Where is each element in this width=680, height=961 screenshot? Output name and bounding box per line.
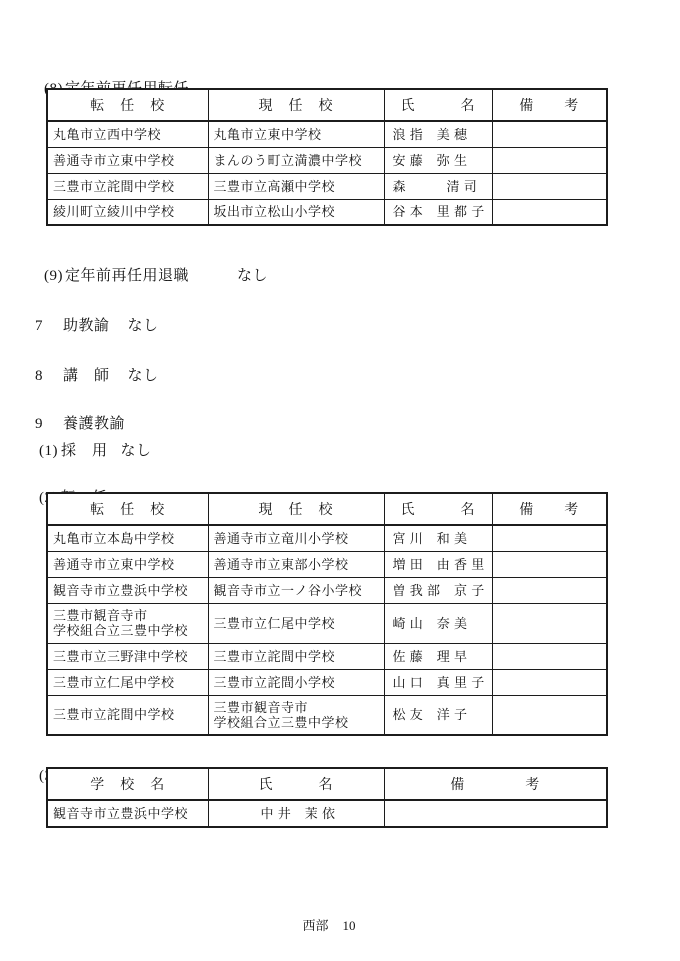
- cell-remarks: [492, 643, 607, 669]
- cell-name: 増 田 由 香 里: [384, 551, 492, 577]
- cell-transfer-school: 三豊市立三野津中学校: [47, 643, 208, 669]
- cell-name: 中 井 茉 依: [208, 800, 384, 827]
- cell-remarks: [384, 800, 607, 827]
- table-row: 丸亀市立西中学校 丸亀市立東中学校 浪 指 美 穂: [47, 121, 607, 147]
- cell-remarks: [492, 551, 607, 577]
- cell-current-school: 丸亀市立東中学校: [208, 121, 384, 147]
- cell-transfer-school: 三豊市立詫間中学校: [47, 695, 208, 735]
- column-header-name: 氏 名: [208, 768, 384, 800]
- column-header-name: 氏 名: [384, 89, 492, 121]
- cell-transfer-school: 綾川町立綾川中学校: [47, 199, 208, 225]
- cell-transfer-school: 観音寺市立豊浜中学校: [47, 577, 208, 603]
- nurse-transfer-table: 転 任 校 現 任 校 氏 名 備 考 丸亀市立本島中学校 善通寺市立竜川小学校…: [46, 492, 608, 736]
- cell-current-school: 三豊市観音寺市 学校組合立三豊中学校: [208, 695, 384, 735]
- table-row: 三豊市立三野津中学校 三豊市立詫間中学校 佐 藤 理 早: [47, 643, 607, 669]
- section-title: 定年前再任用退職: [65, 268, 189, 284]
- section-number: (1): [39, 443, 58, 459]
- table-row: 三豊市立仁尾中学校 三豊市立詫間小学校 山 口 真 里 子: [47, 669, 607, 695]
- document-page: (8)定年前再任用転任 転 任 校 現 任 校 氏 名 備 考 丸亀市立西中学校…: [0, 0, 680, 961]
- cell-current-school: まんのう町立満濃中学校: [208, 147, 384, 173]
- section-heading-assistant-teacher: 7助教諭なし: [18, 297, 159, 352]
- section-value: なし: [128, 364, 159, 385]
- table-header-row: 転 任 校 現 任 校 氏 名 備 考: [47, 493, 607, 525]
- reemployment-transfer-table: 転 任 校 現 任 校 氏 名 備 考 丸亀市立西中学校 丸亀市立東中学校 浪 …: [46, 88, 608, 226]
- section-number: (9): [44, 268, 63, 284]
- nurse-retirement-table: 学 校 名 氏 名 備 考 観音寺市立豊浜中学校 中 井 茉 依: [46, 767, 608, 828]
- section-title: 採 用: [61, 443, 108, 459]
- column-header-school-name: 学 校 名: [47, 768, 208, 800]
- cell-name: 宮 川 和 美: [384, 525, 492, 551]
- cell-transfer-school: 三豊市観音寺市 学校組合立三豊中学校: [47, 603, 208, 643]
- cell-remarks: [492, 199, 607, 225]
- cell-current-school: 善通寺市立竜川小学校: [208, 525, 384, 551]
- cell-name: 森 清 司: [384, 173, 492, 199]
- cell-remarks: [492, 121, 607, 147]
- cell-remarks: [492, 695, 607, 735]
- section-number: 7: [35, 318, 43, 334]
- cell-current-school: 三豊市立詫間中学校: [208, 643, 384, 669]
- cell-current-school: 三豊市立詫間小学校: [208, 669, 384, 695]
- cell-transfer-school: 丸亀市立本島中学校: [47, 525, 208, 551]
- table-header-row: 転 任 校 現 任 校 氏 名 備 考: [47, 89, 607, 121]
- table-row: 観音寺市立豊浜中学校 中 井 茉 依: [47, 800, 607, 827]
- table-row: 三豊市立詫間中学校 三豊市立高瀬中学校 森 清 司: [47, 173, 607, 199]
- table-row: 丸亀市立本島中学校 善通寺市立竜川小学校 宮 川 和 美: [47, 525, 607, 551]
- cell-name: 松 友 洋 子: [384, 695, 492, 735]
- column-header-transfer-school: 転 任 校: [47, 89, 208, 121]
- cell-current-school: 三豊市立高瀬中学校: [208, 173, 384, 199]
- cell-school-name: 観音寺市立豊浜中学校: [47, 800, 208, 827]
- column-header-current-school: 現 任 校: [208, 493, 384, 525]
- cell-name: 佐 藤 理 早: [384, 643, 492, 669]
- cell-name: 安 藤 弥 生: [384, 147, 492, 173]
- cell-remarks: [492, 147, 607, 173]
- cell-name: 浪 指 美 穂: [384, 121, 492, 147]
- section-value: なし: [237, 264, 268, 285]
- table-row: 観音寺市立豊浜中学校 観音寺市立一ノ谷小学校 曽 我 部 京 子: [47, 577, 607, 603]
- cell-transfer-school: 善通寺市立東中学校: [47, 551, 208, 577]
- section-value: なし: [128, 314, 159, 335]
- cell-current-school: 善通寺市立東部小学校: [208, 551, 384, 577]
- cell-name: 谷 本 里 都 子: [384, 199, 492, 225]
- cell-remarks: [492, 603, 607, 643]
- cell-current-school: 観音寺市立一ノ谷小学校: [208, 577, 384, 603]
- cell-remarks: [492, 173, 607, 199]
- section-number: 8: [35, 368, 43, 384]
- column-header-remarks: 備 考: [492, 493, 607, 525]
- cell-name: 崎 山 奈 美: [384, 603, 492, 643]
- table-row: 善通寺市立東中学校 善通寺市立東部小学校 増 田 由 香 里: [47, 551, 607, 577]
- table-header-row: 学 校 名 氏 名 備 考: [47, 768, 607, 800]
- cell-name: 山 口 真 里 子: [384, 669, 492, 695]
- cell-transfer-school: 善通寺市立東中学校: [47, 147, 208, 173]
- column-header-name: 氏 名: [384, 493, 492, 525]
- cell-transfer-school: 三豊市立詫間中学校: [47, 173, 208, 199]
- section-value: なし: [121, 439, 152, 460]
- table-row: 善通寺市立東中学校 まんのう町立満濃中学校 安 藤 弥 生: [47, 147, 607, 173]
- cell-transfer-school: 三豊市立仁尾中学校: [47, 669, 208, 695]
- section-title: 助教諭: [63, 318, 110, 334]
- cell-remarks: [492, 525, 607, 551]
- column-header-transfer-school: 転 任 校: [47, 493, 208, 525]
- table-row: 三豊市観音寺市 学校組合立三豊中学校 三豊市立仁尾中学校 崎 山 奈 美: [47, 603, 607, 643]
- cell-remarks: [492, 669, 607, 695]
- table-row: 三豊市立詫間中学校 三豊市観音寺市 学校組合立三豊中学校 松 友 洋 子: [47, 695, 607, 735]
- cell-current-school: 三豊市立仁尾中学校: [208, 603, 384, 643]
- section-heading-lecturer: 8講 師なし: [18, 347, 159, 402]
- column-header-remarks: 備 考: [492, 89, 607, 121]
- column-header-remarks: 備 考: [384, 768, 607, 800]
- footer-region-label: 西部: [302, 918, 328, 933]
- cell-transfer-school: 丸亀市立西中学校: [47, 121, 208, 147]
- column-header-current-school: 現 任 校: [208, 89, 384, 121]
- section-title: 講 師: [63, 368, 110, 384]
- section-heading-reemployment-retirement: (9)定年前再任用退職なし: [27, 247, 268, 302]
- page-footer: 西部10: [0, 899, 645, 950]
- cell-current-school: 坂出市立松山小学校: [208, 199, 384, 225]
- table-row: 綾川町立綾川中学校 坂出市立松山小学校 谷 本 里 都 子: [47, 199, 607, 225]
- cell-remarks: [492, 577, 607, 603]
- footer-page-number: 10: [343, 918, 356, 933]
- cell-name: 曽 我 部 京 子: [384, 577, 492, 603]
